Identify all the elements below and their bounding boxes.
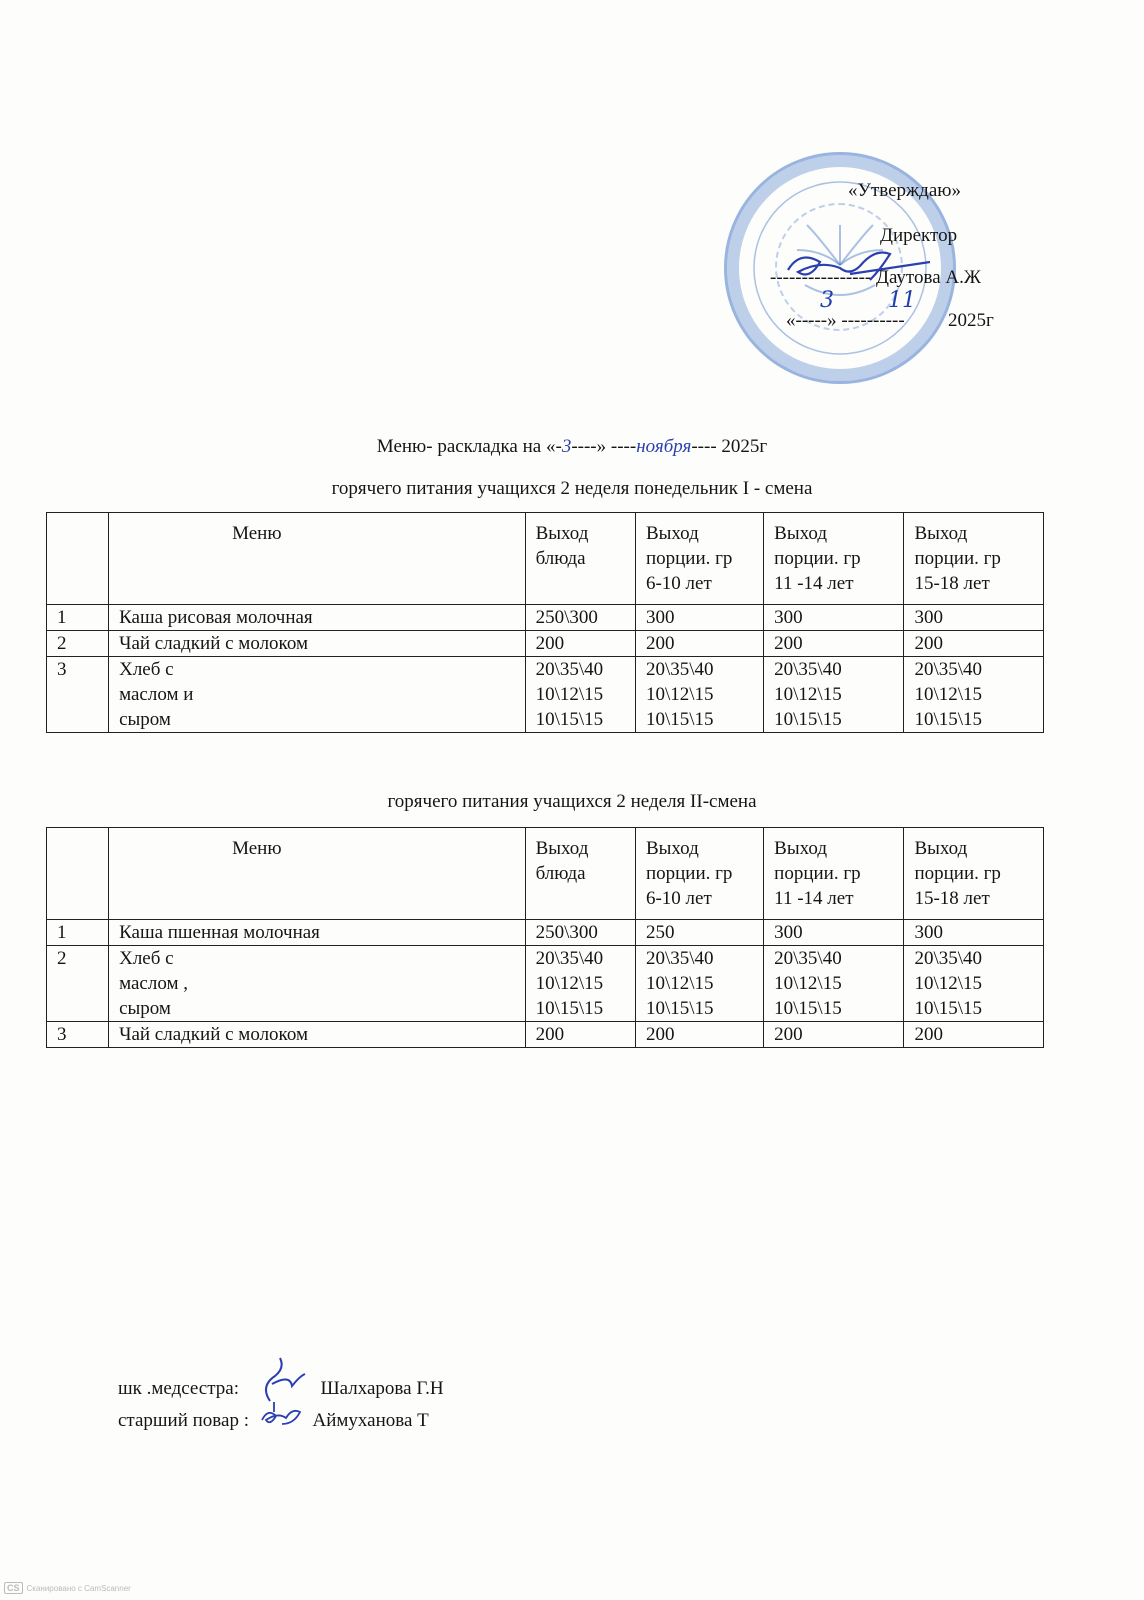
menu-table-shift-1: МенюВыходблюдаВыходпорции. гр6-10 летВых…: [46, 512, 1044, 733]
column-header: [47, 828, 109, 920]
title-month-handwritten: ноября: [636, 436, 691, 457]
table-row: 1Каша рисовая молочная250\300300300300: [47, 605, 1044, 631]
column-header: Меню: [109, 513, 525, 605]
table-header-row: МенюВыходблюдаВыходпорции. гр6-10 летВых…: [47, 513, 1044, 605]
title-day-close: ----»: [571, 436, 606, 457]
cell-g11-14: 300: [764, 920, 904, 946]
approve-label: «Утверждаю»: [848, 168, 961, 213]
cook-signature-icon: [258, 1398, 304, 1434]
title-prefix: Меню- раскладка на: [377, 436, 541, 457]
table-header-row: МенюВыходблюдаВыходпорции. гр6-10 летВых…: [47, 828, 1044, 920]
cell-g15-18: 200: [904, 1022, 1044, 1048]
cell-dish-output: 20\35\4010\12\1510\15\15: [525, 657, 635, 733]
cell-g15-18: 200: [904, 631, 1044, 657]
cell-dish: Каша пшенная молочная: [109, 920, 525, 946]
table-row: 2Чай сладкий с молоком200200200200: [47, 631, 1044, 657]
cell-g11-14: 200: [764, 631, 904, 657]
cell-num: 3: [47, 657, 109, 733]
approval-date-line: «-----» ----------: [786, 298, 905, 343]
title-year: 2025г: [721, 436, 767, 457]
cell-g6-10: 200: [635, 631, 763, 657]
cell-dish-output: 200: [525, 631, 635, 657]
column-header: [47, 513, 109, 605]
cell-g6-10: 250: [635, 920, 763, 946]
cell-g11-14: 20\35\4010\12\1510\15\15: [764, 946, 904, 1022]
column-header: Выходпорции. гр11 -14 лет: [764, 828, 904, 920]
table-row: 2Хлеб смаслом ,сыром20\35\4010\12\1510\1…: [47, 946, 1044, 1022]
table-row: 3Чай сладкий с молоком200200200200: [47, 1022, 1044, 1048]
title-day-handwritten: 3: [562, 436, 572, 457]
column-header: Выходпорции. гр11 -14 лет: [764, 513, 904, 605]
cook-name: Аймуханова Т: [312, 1410, 428, 1431]
cell-g15-18: 300: [904, 605, 1044, 631]
cell-g6-10: 20\35\4010\12\1510\15\15: [635, 946, 763, 1022]
table-row: 3Хлеб смаслом и сыром20\35\4010\12\1510\…: [47, 657, 1044, 733]
camscanner-logo-icon: CS: [4, 1582, 23, 1594]
cell-num: 3: [47, 1022, 109, 1048]
cell-num: 2: [47, 631, 109, 657]
document-title: Меню- раскладка на «-3----» ----ноября--…: [0, 436, 1144, 458]
title-month-dashes-right: ----: [691, 436, 716, 457]
cell-dish-output: 20\35\4010\12\1510\15\15: [525, 946, 635, 1022]
cell-g15-18: 20\35\4010\12\1510\15\15: [904, 657, 1044, 733]
table-row: 1Каша пшенная молочная250\300250300300: [47, 920, 1044, 946]
title-month-dashes: ----: [611, 436, 636, 457]
watermark-text: Сканировано с CamScanner: [27, 1584, 131, 1593]
menu-table-shift-2: МенюВыходблюдаВыходпорции. гр6-10 летВых…: [46, 827, 1044, 1048]
signature-cook: старший повар : Аймуханова Т: [118, 1398, 429, 1434]
cell-num: 1: [47, 920, 109, 946]
cell-dish: Хлеб смаслом ,сыром: [109, 946, 525, 1022]
cell-g11-14: 300: [764, 605, 904, 631]
column-header: Выходпорции. гр15-18 лет: [904, 513, 1044, 605]
cook-role: старший повар :: [118, 1410, 249, 1431]
cell-g15-18: 300: [904, 920, 1044, 946]
cell-g6-10: 300: [635, 605, 763, 631]
cell-num: 1: [47, 605, 109, 631]
scanner-watermark: CS Сканировано с CamScanner: [4, 1582, 131, 1594]
director-signature-icon: [780, 240, 940, 290]
cell-g6-10: 20\35\4010\12\1510\15\15: [635, 657, 763, 733]
column-header: Выходблюда: [525, 828, 635, 920]
cell-dish: Каша рисовая молочная: [109, 605, 525, 631]
nurse-role: шк .медсестра:: [118, 1378, 239, 1399]
column-header: Меню: [109, 828, 525, 920]
cell-g11-14: 20\35\4010\12\1510\15\15: [764, 657, 904, 733]
column-header: Выходпорции. гр6-10 лет: [635, 513, 763, 605]
table-1-caption: горячего питания учащихся 2 неделя понед…: [0, 478, 1144, 500]
cell-g6-10: 200: [635, 1022, 763, 1048]
cell-dish: Хлеб смаслом и сыром: [109, 657, 525, 733]
cell-g15-18: 20\35\4010\12\1510\15\15: [904, 946, 1044, 1022]
column-header: Выходпорции. гр15-18 лет: [904, 828, 1044, 920]
cell-num: 2: [47, 946, 109, 1022]
table-2-caption: горячего питания учащихся 2 неделя II-см…: [0, 791, 1144, 813]
column-header: Выходпорции. гр6-10 лет: [635, 828, 763, 920]
column-header: Выходблюда: [525, 513, 635, 605]
cell-dish-output: 200: [525, 1022, 635, 1048]
cell-dish-output: 250\300: [525, 605, 635, 631]
title-day-open: «-: [546, 436, 562, 457]
approval-year: 2025г: [948, 298, 994, 343]
nurse-name: Шалхарова Г.Н: [321, 1378, 444, 1399]
cell-dish: Чай сладкий с молоком: [109, 631, 525, 657]
cell-dish: Чай сладкий с молоком: [109, 1022, 525, 1048]
cell-g11-14: 200: [764, 1022, 904, 1048]
cell-dish-output: 250\300: [525, 920, 635, 946]
